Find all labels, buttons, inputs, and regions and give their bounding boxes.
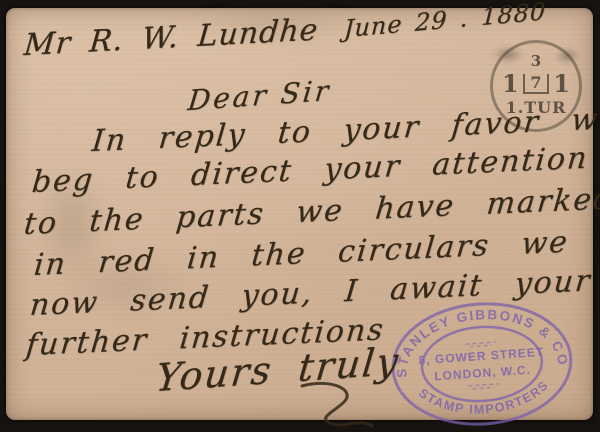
svg-text:STAMP IMPORTERS: STAMP IMPORTERS <box>415 377 553 421</box>
postmark-town-smudge <box>555 49 579 63</box>
recipient-line: Mr R. W. Lundhe <box>22 12 319 63</box>
postcard: STANLEY GIBBONS & CO STAMP IMPORTERS 8, … <box>6 8 593 420</box>
stamp-ornament-bottom <box>468 384 498 389</box>
salutation-line: Dear Sir <box>186 74 333 117</box>
postmark-boxed-number: 7 <box>523 74 548 94</box>
date-line: June 29 . 1880 <box>343 0 547 43</box>
signature-flourish <box>298 380 388 432</box>
stamp-arc-bottom-text: STAMP IMPORTERS <box>415 377 553 421</box>
photo-background: STANLEY GIBBONS & CO STAMP IMPORTERS 8, … <box>0 0 600 432</box>
postmark-town-smudge <box>493 47 523 62</box>
postmark-left-number: 1 <box>502 72 519 96</box>
postmark-number-row: 1 7 1 <box>493 71 579 97</box>
stamp-address-line2: LONDON, W.C. <box>434 363 531 384</box>
stamp-ornament-top <box>466 342 496 347</box>
company-stamp: STANLEY GIBBONS & CO STAMP IMPORTERS 8, … <box>383 294 582 432</box>
postmark-right-number: 1 <box>553 72 570 96</box>
